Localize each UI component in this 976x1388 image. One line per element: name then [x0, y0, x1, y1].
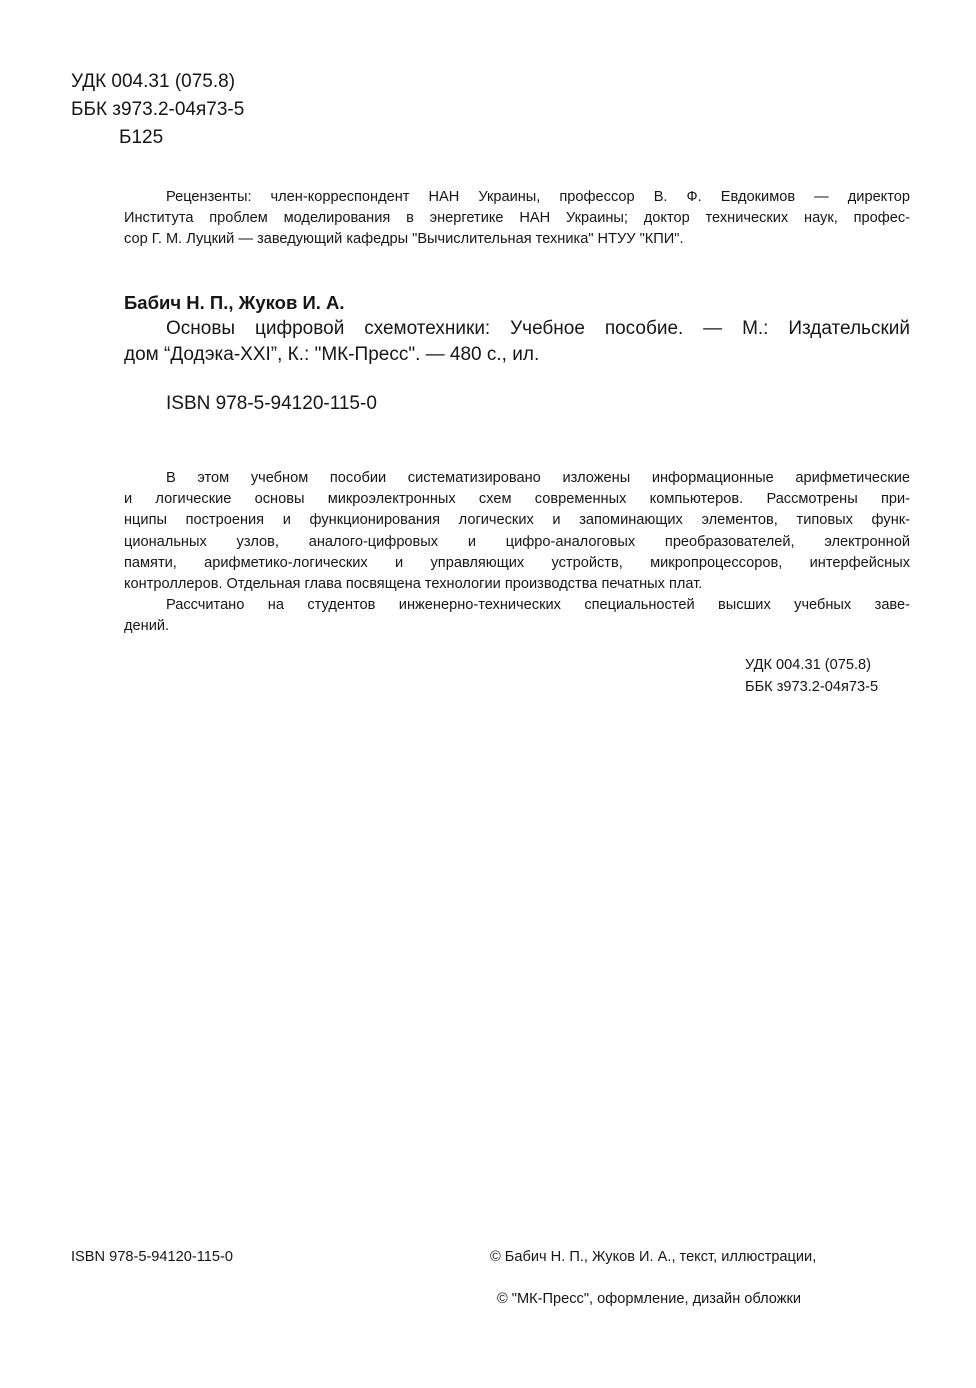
classification-block: УДК 004.31 (075.8) ББК з973.2-04я73-5 Б1… [71, 68, 244, 152]
book-title-block: Основы цифровой схемотехники: Учебное по… [124, 316, 910, 368]
author-mark: Б125 [71, 124, 244, 152]
annotation-line: Рассчитано на студентов инженерно-технич… [124, 595, 910, 616]
bbk-code-repeat: ББК з973.2-04я73-5 [745, 676, 878, 698]
reviewers-line: Института проблем моделирования в энерге… [124, 208, 910, 229]
annotation-paragraph: В этом учебном пособии систематизировано… [124, 468, 910, 638]
reviewers-paragraph: Рецензенты: член-корреспондент НАН Украи… [124, 187, 910, 250]
reviewers-line: Рецензенты: член-корреспондент НАН Украи… [124, 187, 910, 208]
annotation-line: дений. [124, 616, 910, 637]
annotation-line: нципы построения и функционирования логи… [124, 510, 910, 531]
udk-code: УДК 004.31 (075.8) [71, 68, 244, 96]
title-line: Основы цифровой схемотехники: Учебное по… [124, 316, 910, 342]
copyright-publisher: © "МК-Пресс", оформление, дизайн обложки [497, 1289, 801, 1309]
reviewers-line: сор Г. М. Луцкий — заведующий кафедры "В… [124, 229, 910, 250]
bbk-code: ББК з973.2-04я73-5 [71, 96, 244, 124]
annotation-line: циональных узлов, аналого-цифровых и циф… [124, 532, 910, 553]
classification-repeat: УДК 004.31 (075.8) ББК з973.2-04я73-5 [745, 654, 878, 698]
annotation-line: памяти, арифметико-логических и управляю… [124, 553, 910, 574]
title-line: дом “Додэка-XXI”, К.: "МК-Пресс". — 480 … [124, 342, 910, 368]
udk-code-repeat: УДК 004.31 (075.8) [745, 654, 878, 676]
annotation-line: В этом учебном пособии систематизировано… [124, 468, 910, 489]
isbn: ISBN 978-5-94120-115-0 [166, 391, 377, 417]
annotation-line: контроллеров. Отдельная глава посвящена … [124, 574, 910, 595]
copyright-authors: © Бабич Н. П., Жуков И. А., текст, иллюс… [490, 1247, 816, 1267]
footer-isbn: ISBN 978-5-94120-115-0 [71, 1247, 233, 1267]
annotation-line: и логические основы микроэлектронных схе… [124, 489, 910, 510]
authors-heading: Бабич Н. П., Жуков И. А. [124, 290, 345, 316]
